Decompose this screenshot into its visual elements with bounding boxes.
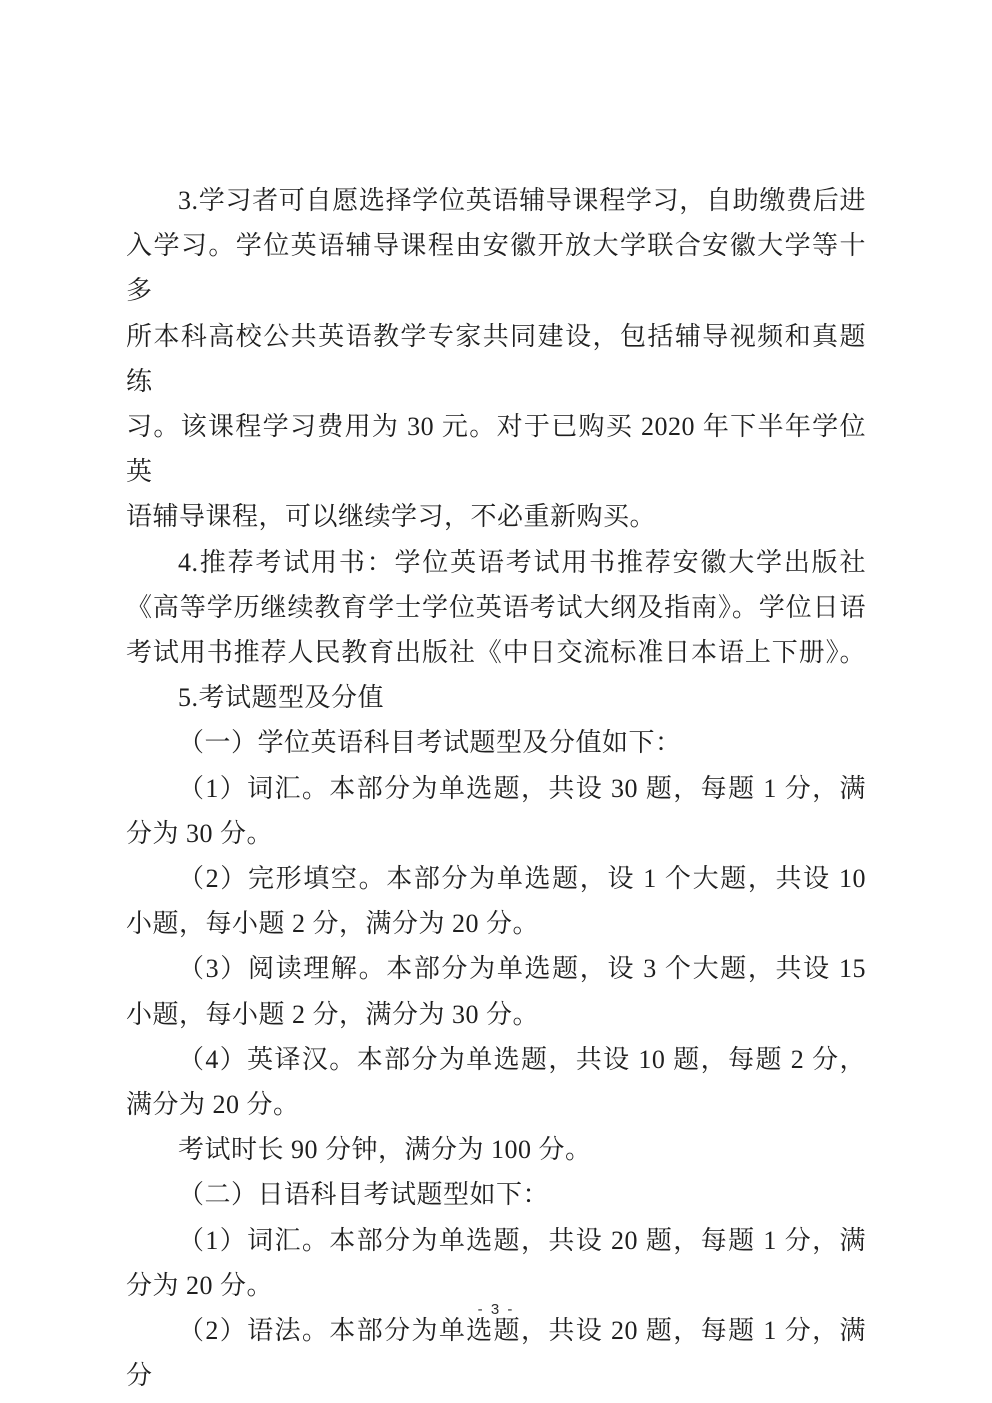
text-line: （3）阅读理解。本部分为单选题，设 3 个大题，共设 15 [126, 946, 866, 991]
text-line: 《高等学历继续教育学士学位英语考试大纲及指南》。学位日语 [126, 585, 866, 630]
text-line: 4.推荐考试用书：学位英语考试用书推荐安徽大学出版社 [126, 540, 866, 585]
text-line: 习。该课程学习费用为 30 元。对于已购买 2020 年下半年学位英 [126, 404, 866, 494]
text-line: 考试时长 90 分钟，满分为 100 分。 [126, 1127, 866, 1172]
text-line: （4）英译汉。本部分为单选题，共设 10 题，每题 2 分， [126, 1037, 866, 1082]
text-line: 考试用书推荐人民教育出版社《中日交流标准日本语上下册》。 [126, 630, 866, 675]
text-line: （二）日语科目考试题型如下： [126, 1172, 866, 1217]
page-footer: - 3 - [0, 1301, 992, 1318]
text-line: 5.考试题型及分值 [126, 675, 866, 720]
text-line: 所本科高校公共英语教学专家共同建设，包括辅导视频和真题练 [126, 314, 866, 404]
text-line: 小题，每小题 2 分，满分为 30 分。 [126, 992, 866, 1037]
page-number: - 3 - [478, 1301, 515, 1318]
text-line: （2）完形填空。本部分为单选题，设 1 个大题，共设 10 [126, 856, 866, 901]
text-line: 满分为 20 分。 [126, 1082, 866, 1127]
text-line: 小题，每小题 2 分，满分为 20 分。 [126, 901, 866, 946]
text-line: （1）词汇。本部分为单选题，共设 20 题，每题 1 分，满 [126, 1218, 866, 1263]
document-page: 3.学习者可自愿选择学位英语辅导课程学习，自助缴费后进 入学习。学位英语辅导课程… [126, 178, 866, 1398]
text-line: （一）学位英语科目考试题型及分值如下： [126, 720, 866, 765]
text-line: 入学习。学位英语辅导课程由安徽开放大学联合安徽大学等十多 [126, 223, 866, 313]
text-line: （2）语法。本部分为单选题，共设 20 题，每题 1 分，满分 [126, 1308, 866, 1398]
text-line: （1）词汇。本部分为单选题，共设 30 题，每题 1 分，满 [126, 766, 866, 811]
text-line: 3.学习者可自愿选择学位英语辅导课程学习，自助缴费后进 [126, 178, 866, 223]
text-line: 分为 30 分。 [126, 811, 866, 856]
text-line: 语辅导课程，可以继续学习，不必重新购买。 [126, 494, 866, 539]
